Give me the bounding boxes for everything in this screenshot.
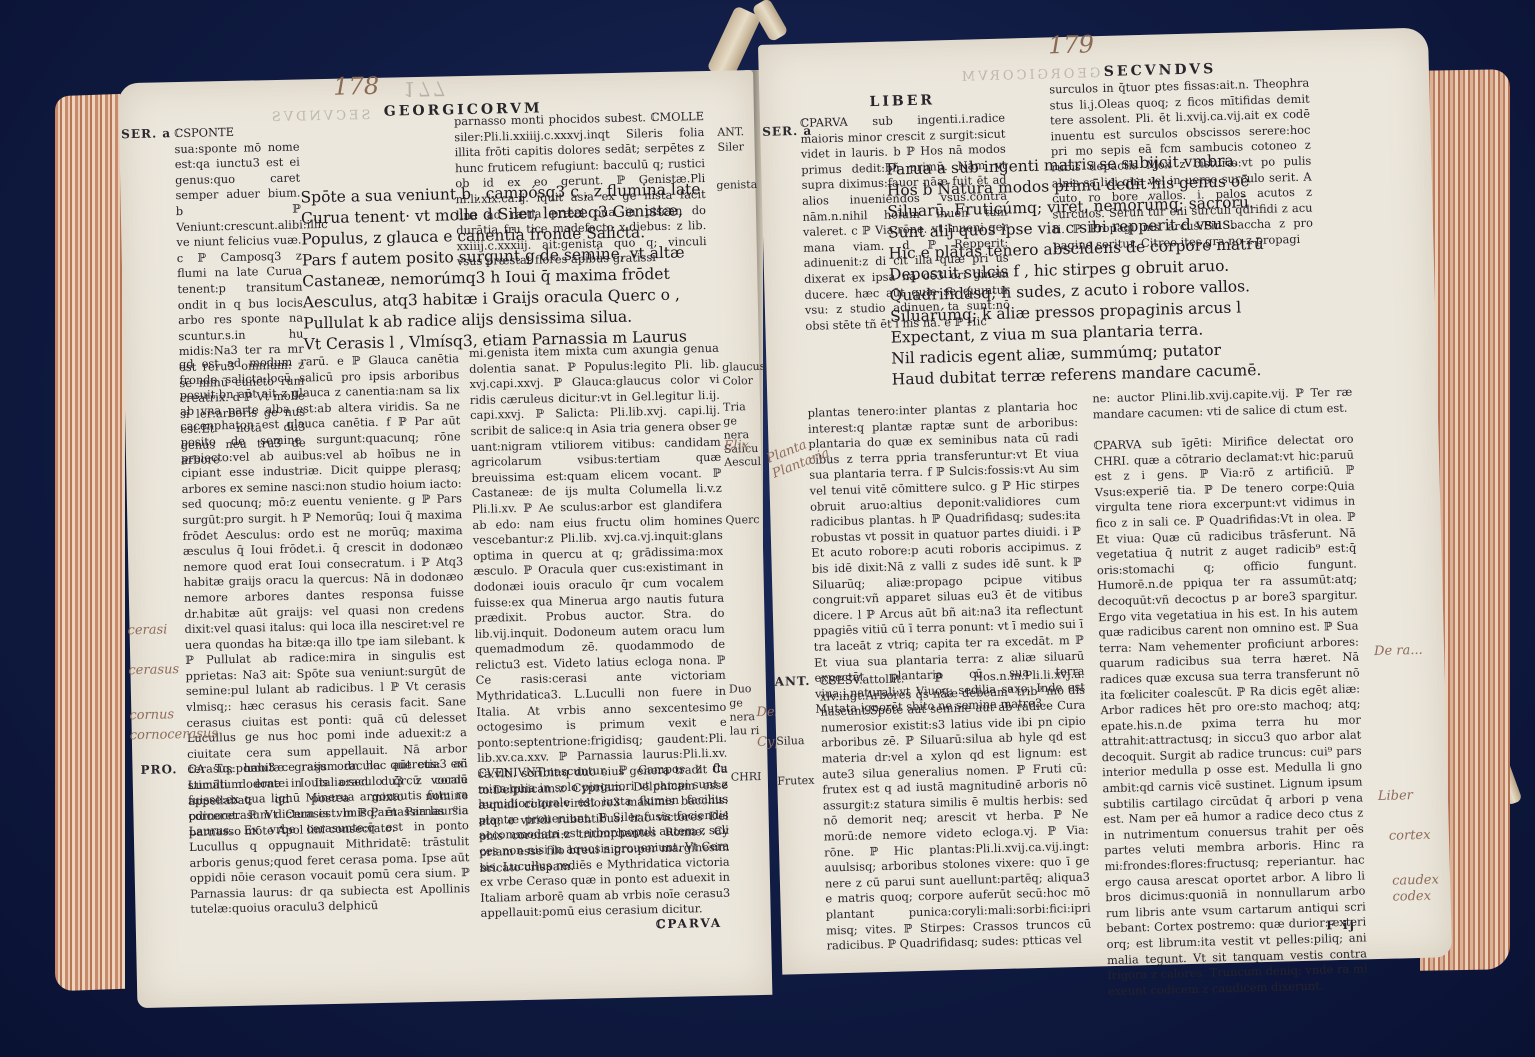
handwritten-note-cerasi: cerasi [127,622,167,639]
commentary-column-2-veniunt: ℂVENIVNT:nascuntur. ℙ Campos z flu mina:… [478,761,731,916]
margin-note-quercus: Querc [725,513,759,528]
handwritten-note-elix: Elix [724,438,749,455]
verse-block: Parua a sub ingenti matris se subijcit v… [886,150,1267,391]
margin-note-aesculus: Aescul [724,455,761,470]
commentary-column-2: mi.genista item mixta cum axungia genua … [469,341,728,766]
left-page: 178 177 SECVNDVS GEORGICORVM SER. a ℂSPO… [118,70,772,1008]
book-edge-left [55,94,125,991]
commentary-column-1-pro: ℂA Tq; habitæ graijs oracula quercus: ex… [187,756,470,902]
show-through-folio: 177 [403,76,448,101]
verse-block: Spōte a sua veniunt b , campósq3 c , z f… [300,179,703,355]
side-label-ser: SER. a [121,126,171,141]
handwritten-note-cornocerasus: cornocerasus [130,727,190,744]
handwritten-note-cortex: cortex [1389,828,1431,845]
margin-note-ant: ANT. [717,125,744,140]
side-label-pro: PRO. [140,762,177,777]
signature-mark: F ij [1326,918,1356,933]
handwritten-note-cornus: cornus [129,707,174,724]
handwritten-note-caudex: caudex codex [1392,872,1443,905]
handwritten-folio-number: 178 [333,72,379,101]
margin-note-silua: Silua [776,734,805,749]
commentary-column-1-ant: ℂSESV.attollit. ℙ Hos.n.m.Pli.li.xvj.a. … [819,667,1090,914]
commentary-column-2-parva: ℂPARVA sub īgēti: Mirifice delectat oro … [1093,432,1365,919]
right-page: 179 GEORGICORVM LIBER SECVNDVS SER. a ℂP… [758,27,1452,974]
running-head-liber: LIBER [869,92,935,110]
handwritten-note-cerasus: cerasus [128,662,179,679]
commentary-column-1: qd est ad modum rarū. e ℙ Glauca canētia… [179,351,467,757]
margin-note-chri: CHRI [731,770,762,785]
catchword: ℂPARVA [656,916,723,931]
margin-note-glaucus: glaucus Color [722,360,759,389]
handwritten-note-planta: Planta Plantaria [764,438,813,482]
margin-note-siler: Siler [717,140,744,155]
handwritten-note-liber: Liber [1378,788,1413,805]
handwritten-note-de-ra: De ra... [1374,643,1423,660]
show-through-running-head: SECVNDVS [269,108,371,125]
running-head-secundus: SECVNDVS [1104,61,1217,80]
margin-note-genista: genista [716,178,757,193]
margin-note-frutex: Frutex [777,774,814,789]
side-label-ant: ANT. [774,674,810,689]
handwritten-folio-number: 179 [1048,30,1095,59]
